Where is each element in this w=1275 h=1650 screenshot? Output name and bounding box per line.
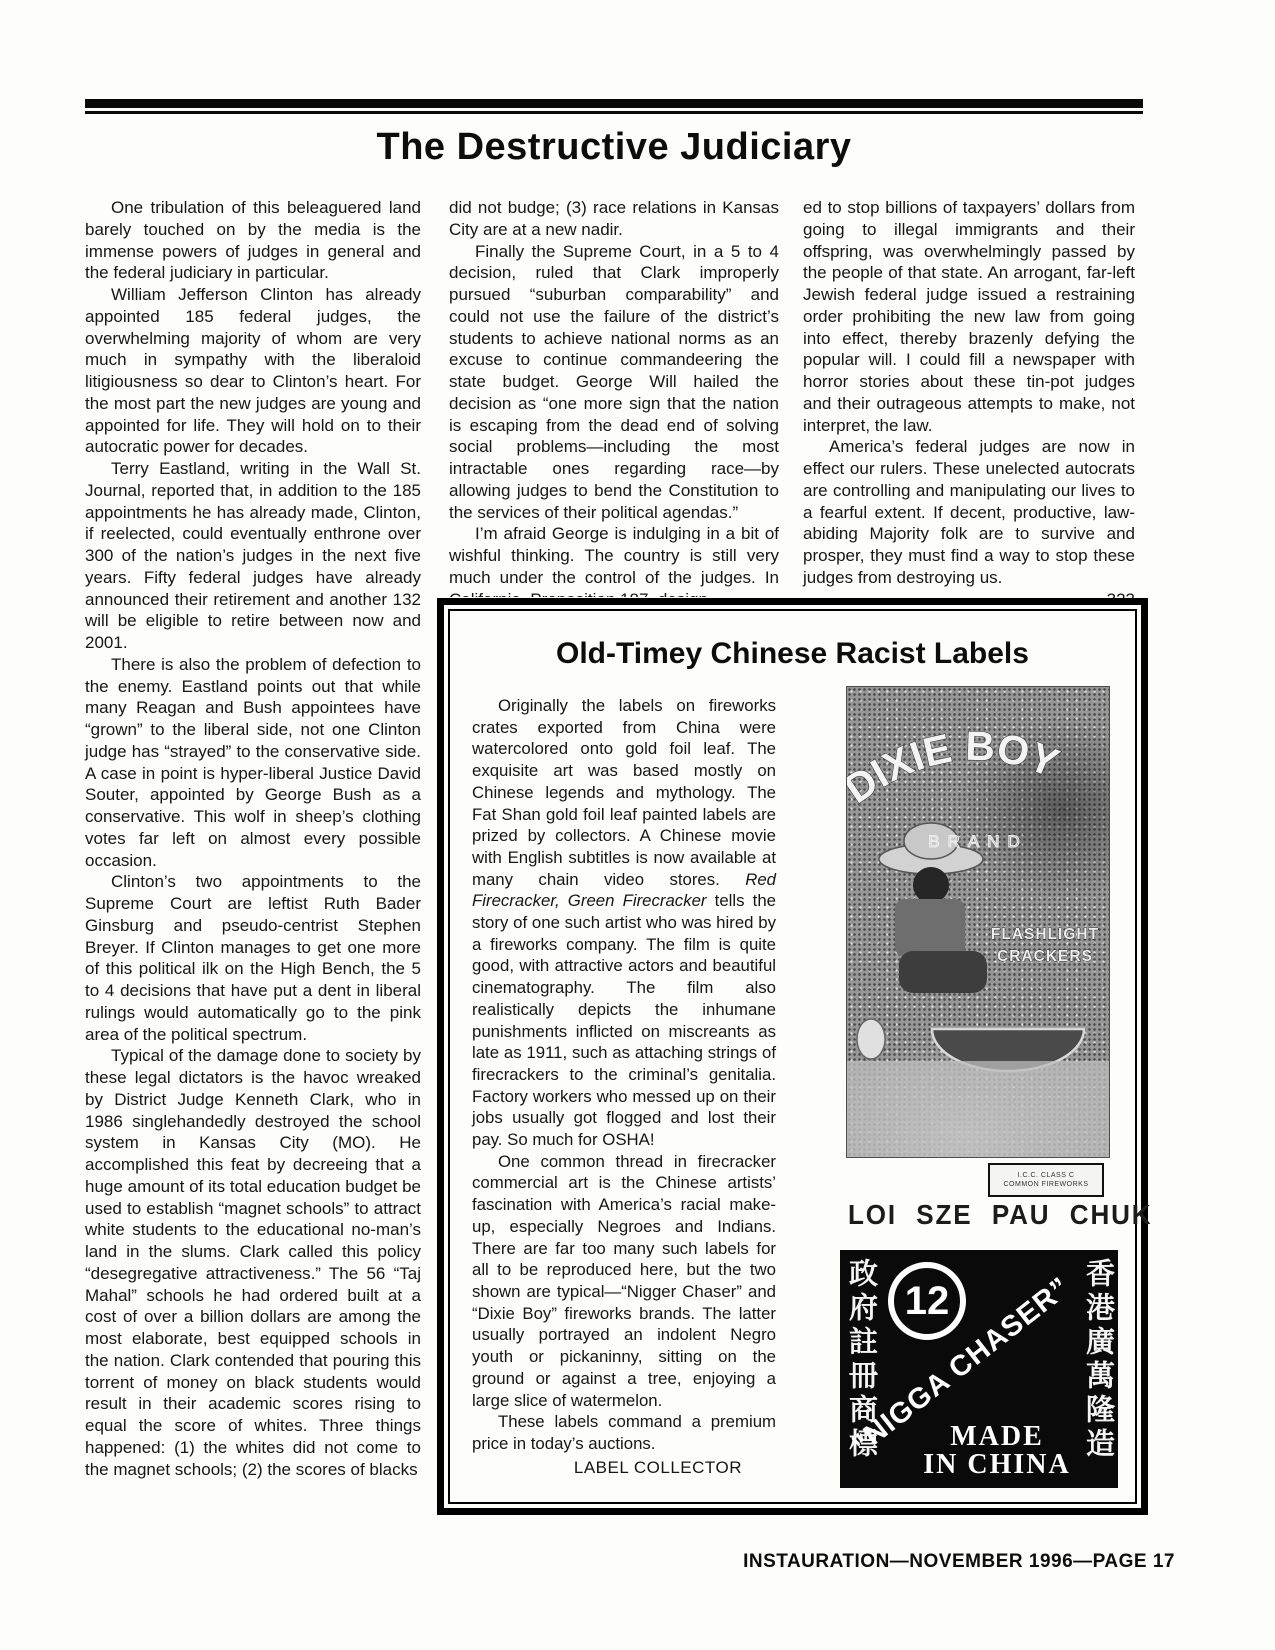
- page-title: The Destructive Judiciary: [85, 126, 1143, 169]
- product-line1: FLASHLIGHT: [991, 926, 1099, 943]
- stamp-line1: I.C.C. CLASS C: [990, 1171, 1102, 1180]
- box-text-column: Originally the labels on fireworks crate…: [472, 695, 776, 1478]
- paragraph: Originally the labels on fireworks crate…: [472, 695, 776, 1151]
- figure-head: [913, 867, 949, 903]
- paragraph: One common thread in firecracker commerc…: [472, 1151, 776, 1411]
- product-line2: CRACKERS: [997, 948, 1093, 965]
- rule-thin: [85, 111, 1143, 114]
- paragraph: These labels command a premium price in …: [472, 1411, 776, 1454]
- paragraph: did not budge; (3) race relations in Kan…: [449, 197, 779, 241]
- dixie-boy-illustration: DIXIE BOY BRAND FLASHLIGHT CRACKERS: [847, 687, 1109, 1157]
- fireworks-class-stamp: I.C.C. CLASS C COMMON FIREWORKS: [988, 1163, 1104, 1197]
- boxed-article-inner-border: Old-Timey Chinese Racist Labels Original…: [448, 609, 1137, 1504]
- top-double-rule: [85, 99, 1143, 114]
- paragraph: I’m afraid George is indulging in a bit …: [449, 523, 779, 597]
- paragraph: Finally the Supreme Court, in a 5 to 4 d…: [449, 241, 779, 524]
- magazine-page: The Destructive Judiciary One tribulatio…: [0, 0, 1275, 1650]
- paragraph-text: Originally the labels on fireworks crate…: [472, 696, 776, 889]
- made-in-china: MADE IN CHINA: [918, 1423, 1076, 1480]
- paragraph: Terry Eastland, writing in the Wall St. …: [85, 458, 421, 654]
- paragraph: America’s federal judges are now in effe…: [803, 436, 1135, 588]
- romanized-chinese-caption: LOI SZE PAU CHUK: [848, 1199, 1097, 1231]
- figure-legs: [899, 951, 987, 993]
- article-column-1: One tribulation of this beleaguered land…: [85, 197, 421, 1517]
- dixie-boy-label-image: DIXIE BOY BRAND FLASHLIGHT CRACKERS: [846, 686, 1110, 1158]
- brand-word: BRAND: [928, 832, 1028, 851]
- count-badge: 12: [888, 1262, 966, 1340]
- made-line1: MADE: [918, 1423, 1076, 1452]
- brand-arc-textpath: DIXIE BOY: [847, 723, 1065, 812]
- paragraph: Typical of the damage done to society by…: [85, 1045, 421, 1480]
- article-column-3: ed to stop billions of taxpayers’ dollar…: [803, 197, 1135, 617]
- figure-torso: [895, 899, 965, 957]
- chinese-column-right: 香港廣萬隆造: [1083, 1258, 1112, 1480]
- brand-arc-text: DIXIE BOY: [847, 723, 1065, 812]
- stamp-line2: COMMON FIREWORKS: [990, 1180, 1102, 1189]
- page-footer: INSTAURATION—NOVEMBER 1996—PAGE 17: [85, 1551, 1175, 1573]
- paragraph: One tribulation of this beleaguered land…: [85, 197, 421, 284]
- rule-thick: [85, 99, 1143, 108]
- jug: [857, 1019, 885, 1059]
- paragraph: There is also the problem of defection t…: [85, 654, 421, 872]
- sandy-ground: [847, 1061, 1109, 1157]
- boxed-article: Old-Timey Chinese Racist Labels Original…: [437, 598, 1148, 1515]
- article-column-2: did not budge; (3) race relations in Kan…: [449, 197, 779, 597]
- byline: LABEL COLLECTOR: [472, 1457, 776, 1479]
- box-title: Old-Timey Chinese Racist Labels: [450, 637, 1135, 671]
- nigga-chaser-label-image: 政府註冊商標 香港廣萬隆造 12 “NIGGA CHASER” MADE IN …: [840, 1250, 1118, 1488]
- paragraph: ed to stop billions of taxpayers’ dollar…: [803, 197, 1135, 436]
- paragraph: Clinton’s two appointments to the Suprem…: [85, 871, 421, 1045]
- paragraph-text: tells the story of one such artist who w…: [472, 891, 776, 1149]
- paragraph: William Jefferson Clinton has already ap…: [85, 284, 421, 458]
- made-line2: IN CHINA: [918, 1451, 1076, 1480]
